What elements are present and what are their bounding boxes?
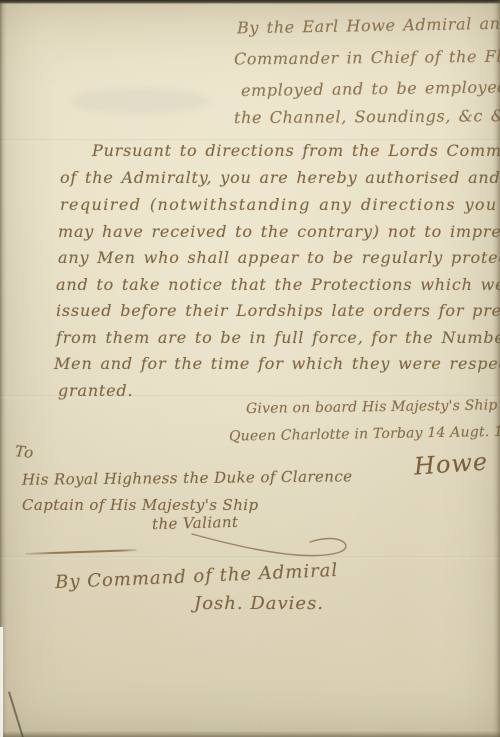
- paper-smudge: [70, 88, 210, 114]
- body-line: issued before their Lordships late order…: [56, 301, 500, 320]
- heading-line: By the Earl Howe Admiral and: [237, 14, 500, 38]
- scan-edge-bottom: [0, 731, 500, 737]
- body-line: of the Admiralty, you are hereby authori…: [60, 168, 500, 187]
- body-line: any Men who shall appear to be regularly…: [58, 248, 500, 267]
- body-line: Pursuant to directions from the Lords Co…: [92, 141, 500, 160]
- secretary-signature: Josh. Davies.: [194, 593, 324, 614]
- heading-line: employed and to be employed in: [241, 77, 500, 100]
- body-line: required (notwithstanding any directions…: [60, 195, 498, 214]
- address-line: Captain of His Majesty's Ship: [22, 496, 258, 514]
- pen-dash: [25, 549, 137, 555]
- heading-line: Commander in Chief of the Fleet: [234, 46, 500, 68]
- body-line: Men and for the time for which they were…: [54, 354, 500, 373]
- scan-edge-top: [0, 0, 500, 4]
- address-to: To: [14, 442, 34, 462]
- dateline-line: Queen Charlotte in Torbay 14 Augt. 1790: [229, 423, 500, 444]
- dateline-line: Given on board His Majesty's Ship the: [246, 397, 500, 417]
- heading-line: the Channel, Soundings, &c &c &c: [234, 106, 500, 127]
- scan-edge-sliver: [0, 627, 3, 737]
- scan-edge-right: [492, 0, 500, 737]
- body-line: from them are to be in full force, for t…: [56, 328, 500, 347]
- body-line: granted.: [58, 381, 133, 400]
- body-line: may have received to the contrary) not t…: [58, 222, 500, 241]
- manuscript-letter-scan: By the Earl Howe Admiral and Commander i…: [0, 0, 500, 737]
- address-line: His Royal Highness the Duke of Clarence: [22, 467, 353, 488]
- signature-howe: Howe: [413, 447, 489, 480]
- body-line: and to take notice that the Protections …: [56, 275, 500, 294]
